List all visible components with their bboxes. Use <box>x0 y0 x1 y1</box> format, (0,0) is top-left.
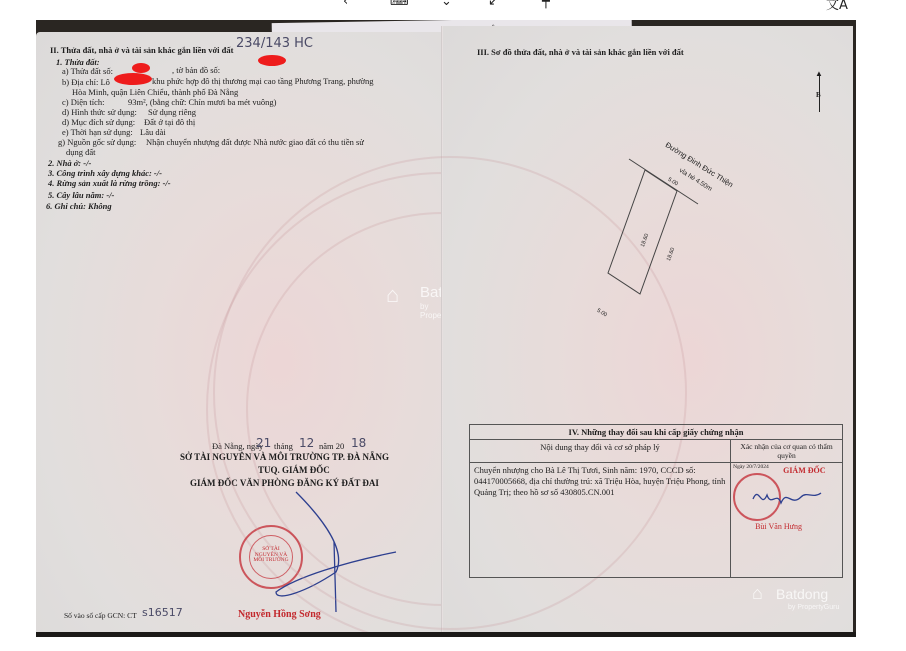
north-label: B <box>816 92 821 99</box>
item4: 4. Rừng sản xuất là rừng trồng: -/- <box>48 179 171 188</box>
resize-icon[interactable]: ↙ <box>488 0 499 9</box>
location-pin-icon[interactable]: ⌄ <box>441 0 452 9</box>
changes-table: IV. Những thay đổi sau khi cấp giấy chứn… <box>469 424 843 578</box>
signer-name: Nguyễn Hồng Sơng <box>238 610 321 620</box>
item6: 6. Ghi chú: Không <box>46 202 112 211</box>
handwritten-note: 234/143 HC <box>236 36 313 51</box>
col-content-header: Nội dung thay đổi và cơ sở pháp lý <box>470 440 731 463</box>
section-iii-title: III. Sơ đồ thửa đất, nhà ở và tài sản kh… <box>477 48 684 57</box>
confirm-cell: Ngày 20/7/2024 GIÁM ĐỐC Bùi Văn Hưng <box>731 463 843 578</box>
confirm-date: Ngày 20/7/2024 <box>733 465 769 471</box>
back-icon[interactable]: ‹ <box>343 0 348 9</box>
b-value-2: Hòa Minh, quận Liên Chiểu, thành phố Đà … <box>72 88 238 97</box>
b-label: b) Địa chỉ: Lô <box>62 78 110 87</box>
e-value: Lâu dài <box>140 128 166 137</box>
redaction-map-number <box>258 55 286 66</box>
item3: 3. Công trình xây dựng khác: -/- <box>48 169 162 178</box>
d1-value: Sử dụng riêng <box>148 108 196 117</box>
a-map-label: , tờ bản đồ số: <box>172 66 220 75</box>
change-entry: Chuyển nhượng cho Bà Lê Thị Tươi, Sinh n… <box>470 463 731 578</box>
e-label: e) Thời hạn sử dụng: <box>62 128 133 137</box>
b-value-1: khu phức hợp đô thị thương mại cao tầng … <box>152 77 374 86</box>
add-icon[interactable]: ┿ <box>542 0 550 9</box>
d1-label: d) Hình thức sử dụng: <box>62 108 137 117</box>
registry-number: s16517 <box>142 606 183 619</box>
g-value-2: dụng đất <box>66 148 96 157</box>
corner-watermark-by: by PropertyGuru <box>788 604 839 611</box>
section-ii-title: II. Thửa đất, nhà ở và tài sản khác gắn … <box>50 46 233 55</box>
a-label: a) Thửa đất số: <box>62 67 113 76</box>
confirm-signer: Bùi Văn Hưng <box>755 523 802 531</box>
north-arrow-head: ▲ <box>815 70 823 78</box>
item5: 5. Cây lâu năm: -/- <box>48 191 114 200</box>
d2-label: d) Mục đích sử dụng: <box>62 118 135 127</box>
translate-icon[interactable]: 文A <box>826 0 848 13</box>
viewer-toolbar: ‹ ⌨ ⌄ ↙ ┿ 文A <box>0 0 906 20</box>
redaction-lot <box>114 73 152 85</box>
corner-watermark-logo-icon: ⌂ <box>752 583 763 604</box>
g-label: g) Nguồn gốc sử dụng: <box>58 138 136 147</box>
registry-label: Số vào sổ cấp GCN: CT <box>64 612 137 620</box>
item2: 2. Nhà ở: -/- <box>48 159 91 168</box>
land-plot-diagram <box>603 156 803 336</box>
c-label: c) Diện tích: <box>62 98 104 107</box>
redaction-parcel-number <box>132 63 150 73</box>
d2-value: Đất ở tại đô thị <box>144 118 195 127</box>
corner-watermark-brand: Batdong <box>776 586 828 602</box>
keyboard-icon[interactable]: ⌨ <box>390 0 409 9</box>
confirm-title: GIÁM ĐỐC <box>783 467 825 475</box>
col-confirm-header: Xác nhận của cơ quan có thẩm quyền <box>731 440 843 463</box>
g-value-1: Nhận chuyển nhượng đất được Nhà nước gia… <box>146 138 364 147</box>
certificate-photo: ông/bà: Phan Lê tình trạng hôn nhân 234/… <box>36 20 856 637</box>
table-surface <box>36 632 856 637</box>
c-value: 93m², (bằng chữ: Chín mươi ba mét vuông) <box>128 98 276 107</box>
changes-title: IV. Những thay đổi sau khi cấp giấy chứn… <box>470 425 843 440</box>
confirm-signature <box>751 481 831 511</box>
